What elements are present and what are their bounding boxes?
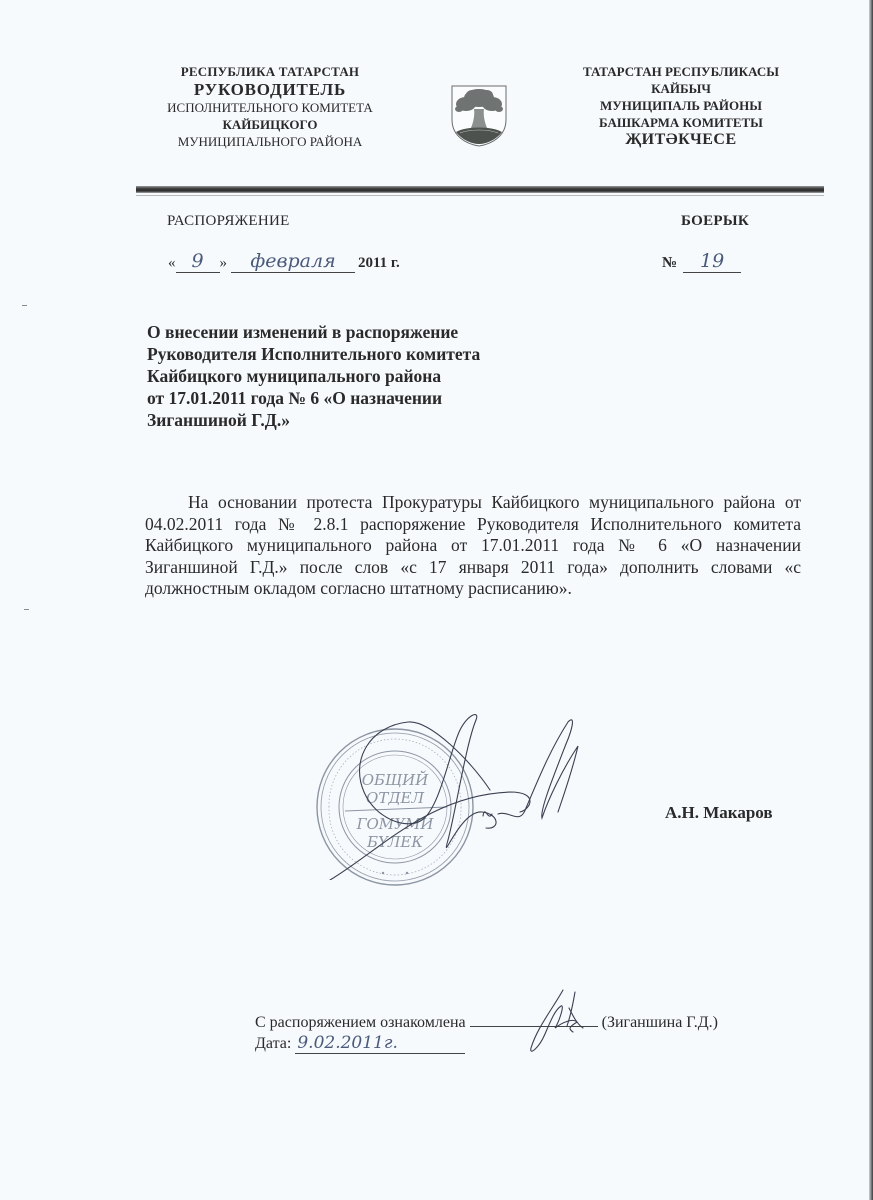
header-left-line3: ИСПОЛНИТЕЛЬНОГО КОМИТЕТА: [140, 99, 400, 116]
header-divider: [136, 186, 824, 193]
date-label: Дата:: [255, 1034, 291, 1054]
header-left-line4: КАЙБИЦКОГО: [140, 116, 400, 133]
subject-line: Руководителя Исполнительного комитета: [147, 343, 547, 365]
number-value: 19: [683, 250, 741, 273]
subject-line: Кайбицкого муниципального района: [147, 365, 547, 387]
date-day: 9: [176, 250, 220, 273]
scan-artifact: [24, 609, 29, 610]
date-open-quote: «: [168, 255, 176, 272]
header-right-line1: ТАТАРСТАН РЕСПУБЛИКАСЫ: [556, 63, 806, 80]
acknowledgement-block: С распоряжением ознакомлена (Зиганшина Г…: [255, 1010, 718, 1054]
acknowledgement-date: 9.02.2011г.: [295, 1033, 465, 1054]
date-close-quote: »: [220, 255, 228, 272]
coat-of-arms-icon: [446, 82, 512, 148]
number-label: №: [662, 255, 677, 272]
header-left-line5: МУНИЦИПАЛЬНОГО РАЙОНА: [140, 133, 400, 150]
acknowledgement-signature: [515, 988, 605, 1058]
header-left-title: РУКОВОДИТЕЛЬ: [140, 80, 400, 99]
header-right-block: ТАТАРСТАН РЕСПУБЛИКАСЫ КАЙБЫЧ МУНИЦИПАЛЬ…: [556, 63, 806, 148]
date-year: 2011 г.: [358, 255, 400, 272]
body-paragraph: На основании протеста Прокуратуры Кайбиц…: [145, 492, 801, 600]
header-right-line4: БАШКАРМА КОМИТЕТЫ: [556, 114, 806, 131]
scan-artifact: [22, 305, 27, 306]
signature-handwritten: [290, 700, 610, 880]
document-subject: О внесении изменений в распоряжение Руко…: [147, 321, 547, 431]
document-date: « 9 » февраля 2011 г.: [168, 250, 400, 273]
header-right-line2: КАЙБЫЧ: [556, 80, 806, 97]
document-type-ru: РАСПОРЯЖЕНИЕ: [167, 213, 290, 230]
acknowledgement-name: (Зиганшина Г.Д.): [602, 1013, 718, 1033]
acknowledgement-row: С распоряжением ознакомлена (Зиганшина Г…: [255, 1010, 718, 1033]
subject-line: О внесении изменений в распоряжение: [147, 321, 547, 343]
subject-line: от 17.01.2011 года № 6 «О назначении: [147, 387, 547, 409]
header-left-line1: РЕСПУБЛИКА ТАТАРСТАН: [140, 63, 400, 80]
header-left-block: РЕСПУБЛИКА ТАТАРСТАН РУКОВОДИТЕЛЬ ИСПОЛН…: [140, 63, 400, 150]
document-type-tt: БОЕРЫК: [681, 213, 749, 230]
header-right-line3: МУНИЦИПАЛЬ РАЙОНЫ: [556, 97, 806, 114]
header-right-title: ҖИТӘКЧЕСЕ: [556, 131, 806, 148]
scan-edge: [869, 0, 873, 1200]
signer-name: А.Н. Макаров: [665, 803, 773, 823]
date-month: февраля: [231, 250, 355, 273]
acknowledgement-date-row: Дата: 9.02.2011г.: [255, 1033, 718, 1054]
acknowledgement-label: С распоряжением ознакомлена: [255, 1013, 466, 1033]
subject-line: Зиганшиной Г.Д.»: [147, 409, 547, 431]
document-number: № 19: [662, 250, 741, 273]
header-divider-thin: [136, 195, 824, 196]
